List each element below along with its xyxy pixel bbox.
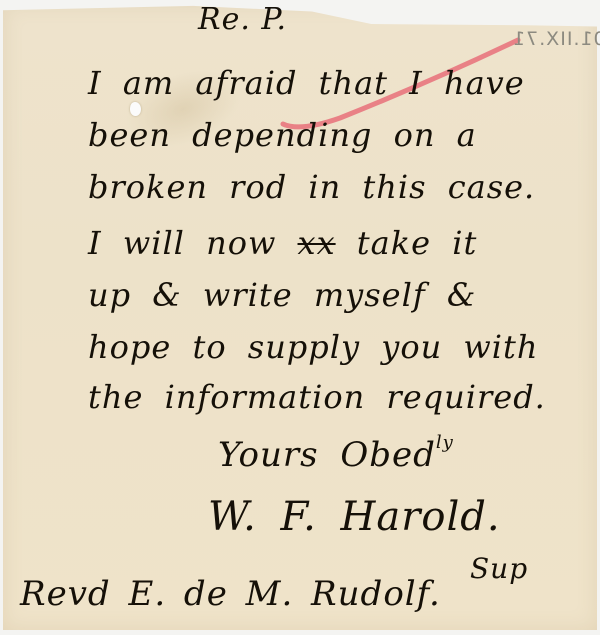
body-line-5: up & write myself & — [88, 276, 476, 314]
archive-date-mark: 01.IIX.71 — [512, 28, 600, 50]
struck-text: xx — [298, 224, 336, 262]
body-line-1: I am afraid that I have — [88, 64, 525, 102]
body-line-4-start: I will now — [88, 224, 276, 262]
signature-title: Sup — [470, 552, 528, 585]
signature: W. F. Harold. — [208, 494, 501, 540]
addressee: Revd E. de M. Rudolf. — [20, 574, 441, 614]
letter-header: Re. P. — [198, 2, 287, 37]
body-line-2: been depending on a — [88, 116, 477, 154]
body-line-4: I will now xx take it — [88, 224, 477, 262]
body-line-7: the information required. — [88, 378, 546, 416]
body-line-6: hope to supply you with — [88, 328, 538, 366]
closing-text: Yours Obed — [218, 435, 436, 475]
body-line-4-end: take it — [357, 224, 478, 262]
paper-hole — [130, 102, 141, 116]
closing-superscript: ly — [436, 432, 454, 453]
body-line-3: broken rod in this case. — [88, 168, 535, 206]
closing: Yours Obedly — [218, 432, 454, 475]
